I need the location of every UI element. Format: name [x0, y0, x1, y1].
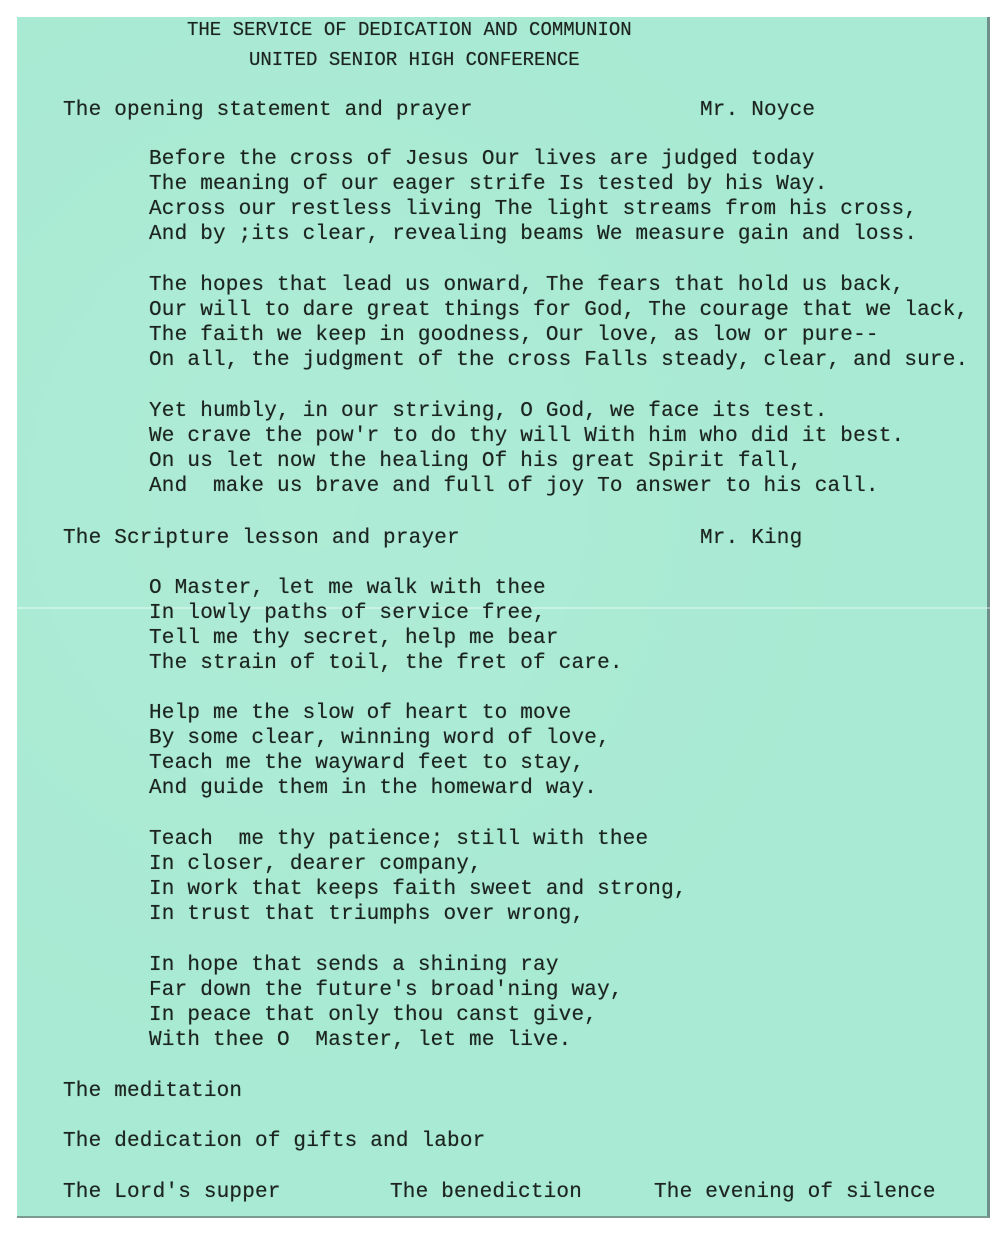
verse-line: Before the cross of Jesus Our lives are …	[149, 147, 917, 172]
verse-line: By some clear, winning word of love,	[149, 726, 610, 751]
hymn-1-stanza-3: Yet humbly, in our striving, O God, we f…	[149, 399, 904, 499]
item-lords-supper: The Lord's supper	[63, 1180, 281, 1205]
section-heading-scripture: The Scripture lesson and prayer	[63, 526, 460, 551]
verse-line: In lowly paths of service free,	[149, 601, 623, 626]
verse-line: Our will to dare great things for God, T…	[149, 298, 968, 323]
section-leader-noyce: Mr. Noyce	[700, 98, 815, 123]
title-line-2: UNITED SENIOR HIGH CONFERENCE	[249, 48, 580, 73]
verse-line: On us let now the healing Of his great S…	[149, 449, 904, 474]
verse-line: We crave the pow'r to do thy will With h…	[149, 424, 904, 449]
verse-line: Teach me the wayward feet to stay,	[149, 751, 610, 776]
section-leader-king: Mr. King	[700, 526, 802, 551]
verse-line: And guide them in the homeward way.	[149, 776, 610, 801]
verse-line: In work that keeps faith sweet and stron…	[149, 877, 687, 902]
hymn-1-stanza-1: Before the cross of Jesus Our lives are …	[149, 147, 917, 247]
verse-line: Yet humbly, in our striving, O God, we f…	[149, 399, 904, 424]
verse-line: And by ;its clear, revealing beams We me…	[149, 222, 917, 247]
hymn-1-stanza-2: The hopes that lead us onward, The fears…	[149, 273, 968, 373]
item-benediction: The benediction	[390, 1180, 582, 1205]
item-evening-of-silence: The evening of silence	[654, 1180, 936, 1205]
verse-line: Across our restless living The light str…	[149, 197, 917, 222]
verse-line: Help me the slow of heart to move	[149, 701, 610, 726]
title-line-1: THE SERVICE OF DEDICATION AND COMMUNION	[187, 18, 632, 43]
verse-line: On all, the judgment of the cross Falls …	[149, 348, 968, 373]
hymn-2-stanza-2: Help me the slow of heart to move By som…	[149, 701, 610, 801]
verse-line: The faith we keep in goodness, Our love,…	[149, 323, 968, 348]
verse-line: In closer, dearer company,	[149, 852, 687, 877]
verse-line: Tell me thy secret, help me bear	[149, 626, 623, 651]
verse-line: In hope that sends a shining ray	[149, 953, 623, 978]
section-heading-opening: The opening statement and prayer	[63, 98, 473, 123]
verse-line: The hopes that lead us onward, The fears…	[149, 273, 968, 298]
verse-line: In peace that only thou canst give,	[149, 1003, 623, 1028]
hymn-2-stanza-1: O Master, let me walk with thee In lowly…	[149, 576, 623, 676]
item-dedication-of-gifts: The dedication of gifts and labor	[63, 1129, 485, 1154]
verse-line: The strain of toil, the fret of care.	[149, 651, 623, 676]
verse-line: Far down the future's broad'ning way,	[149, 978, 623, 1003]
verse-line: In trust that triumphs over wrong,	[149, 902, 687, 927]
verse-line: O Master, let me walk with thee	[149, 576, 623, 601]
hymn-2-stanza-3: Teach me thy patience; still with thee I…	[149, 827, 687, 927]
item-meditation: The meditation	[63, 1079, 242, 1104]
verse-line: Teach me thy patience; still with thee	[149, 827, 687, 852]
verse-line: And make us brave and full of joy To ans…	[149, 474, 904, 499]
verse-line: With thee O Master, let me live.	[149, 1028, 623, 1053]
hymn-2-stanza-4: In hope that sends a shining ray Far dow…	[149, 953, 623, 1053]
verse-line: The meaning of our eager strife Is teste…	[149, 172, 917, 197]
